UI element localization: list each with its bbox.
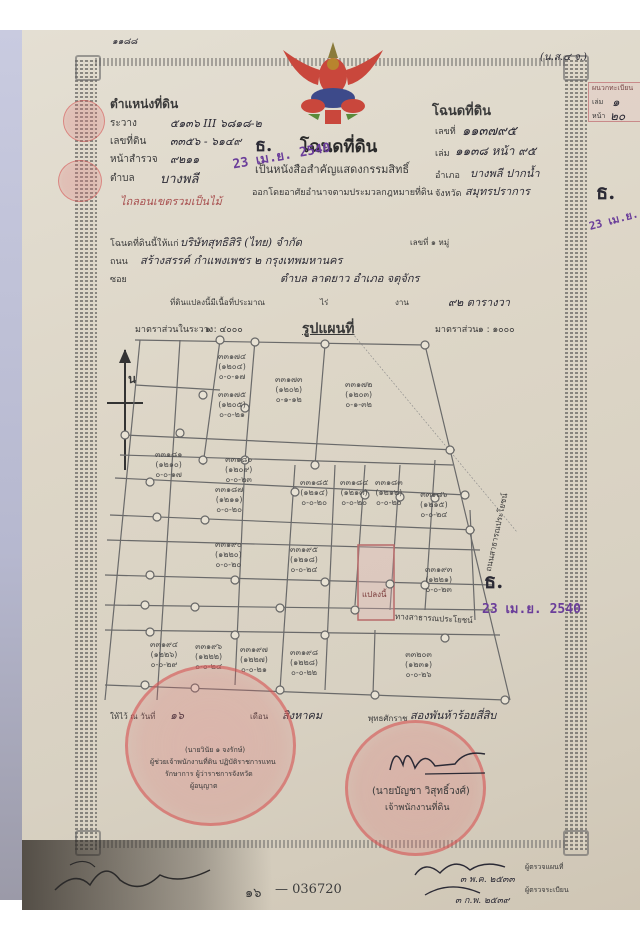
map-checker-label: ผู้ตรวจแผนที่: [525, 862, 563, 873]
deed-no-value: ๑๑๓๗๙๕: [462, 120, 517, 141]
margin-page-label: หน้า: [592, 111, 605, 122]
registrar-signature: [385, 740, 495, 780]
deed-subtitle-2: ออกโดยอาศัยอำนาจตามประมวลกฎหมายที่ดิน: [252, 185, 433, 199]
road-value: สร้างสรรค์ กำแพงเพชร ๒ กรุงเทพมหานคร: [140, 251, 342, 269]
ngan-label: งาน: [395, 296, 409, 309]
parcel-label: ๓๓๑๗๔(๑๒๐๔)๐-๐-๑๗: [218, 352, 246, 382]
corner-ornament-tl: [75, 55, 101, 81]
serial-number: — 036720: [275, 882, 342, 897]
top-left-note: ๑๑๘๘: [112, 34, 137, 48]
parcel-label: ๓๓๑๘๗(๑๒๑๑)๐-๐-๒๐: [215, 485, 243, 515]
district-label: อำเภอ: [435, 168, 460, 182]
seal-left-line-3: รักษาการ ผู้ว่าราชการจังหวัด: [165, 769, 253, 780]
parcel-label: ๓๓๑๙๕(๑๒๑๘)๐-๐-๒๔: [290, 545, 318, 575]
margin-initial: ธ.: [596, 176, 615, 208]
margin-page-value: ๒๐: [610, 107, 625, 126]
corner-ornament-br: [563, 830, 589, 856]
right-deed-heading: โฉนดที่ดิน: [432, 100, 491, 121]
owner-address-no: เลขที่ ๑ หมู่: [410, 236, 449, 249]
volume-value: ๑๑๓๘ หน้า ๙๕: [455, 142, 536, 161]
survey-page-value: ๙๒๑๑: [170, 150, 199, 168]
date-stamp-right-mid: 23 เม.ย. 2540: [482, 598, 581, 619]
land-no-value: ๓๓๕๖ - ๖๑๔๙: [170, 132, 241, 150]
signatory-name: (นายบัญชา วิสุทธิ์วงศ์): [372, 784, 470, 799]
province-value: สมุทรปราการ: [465, 182, 530, 200]
highlighted-parcel-label: แปลงนี้: [362, 590, 387, 600]
parcel-label: ๓๓๑๘๓(๑๒๑๒)๐-๐-๒๐: [375, 478, 403, 508]
parcel-label: ๓๓๑๘๕(๑๒๑๔)๐-๐-๒๐: [300, 478, 328, 508]
parcel-label: ๓๓๑๙๔(๑๒๒๖)๐-๐-๒๙: [150, 640, 178, 670]
signatory-title: เจ้าพนักงานที่ดิน: [385, 800, 449, 814]
parcel-label: ๓๓๑๗๒(๑๒๐๓)๐-๑-๓๒: [345, 380, 372, 410]
volume-label: เล่ม: [435, 146, 450, 160]
sheet-label: ระวาง: [110, 116, 137, 131]
garuda-emblem-icon: [278, 40, 388, 130]
parcel-label: ๓๓๒๐๓(๑๒๓๑)๐-๐-๒๖: [405, 650, 432, 680]
parcel-label: ๓๓๑๘๐(๑๒๐๙)๐-๐-๒๓: [225, 455, 252, 485]
top-right-form-code: (น.ส.๔ จ.): [540, 50, 587, 65]
area-wa-value: ๙๒ ตารางวา: [448, 293, 510, 311]
land-no-label: เลขที่ดิน: [110, 134, 146, 149]
road-label: ถนน: [110, 254, 128, 268]
margin-volume-label: เล่ม: [592, 97, 603, 108]
deed-no-label: เลขที่: [435, 124, 456, 138]
red-note-seal-2: [58, 160, 102, 202]
survey-page-label: หน้าสำรวจ: [110, 152, 158, 167]
red-handwritten-note: ไถลอนเขตรวมเป็นไม้: [120, 192, 222, 210]
soi-value: ตำบล ลาดยาว อำเภอ จตุจักร: [280, 269, 419, 287]
subdistrict-label: ตำบล: [110, 171, 135, 186]
parcel-label: ๓๓๑๙๘(๑๒๒๘)๐-๐-๒๒: [290, 648, 318, 678]
seal-left-line-1: (นายวินัย ๑ จงรักษ์): [185, 745, 245, 756]
owner-label: โฉนดที่ดินนี้ให้แก่: [110, 236, 179, 250]
rai-label: ไร่: [320, 296, 328, 309]
subdistrict-value: บางพลี: [160, 168, 198, 189]
parcel-label: ๓๓๑๗๓(๑๒๐๒)๐-๑-๑๒: [275, 375, 303, 405]
registry-checker-label: ผู้ตรวจระเบียน: [525, 885, 569, 896]
soi-label: ซอย: [110, 272, 127, 286]
plan-initial: ธ.: [484, 565, 503, 597]
district-value: บางพลี ปากน้ำ: [470, 164, 540, 182]
area-label: ที่ดินแปลงนี้มีเนื้อที่ประมาณ: [170, 296, 265, 309]
map-check-date: ๓ พ.ค. ๒๕๓๓: [460, 872, 515, 886]
parcel-label: ๓๓๑๘๔(๑๒๑๓)๐-๐-๒๐: [340, 478, 368, 508]
seal-left-line-2: ผู้ช่วยเจ้าพนักงานที่ดิน ปฏิบัติราชการแท…: [150, 757, 276, 768]
province-label: จังหวัด: [435, 186, 462, 200]
parcel-label: ๓๓๑๘๑(๑๒๑๐)๐-๐-๑๗: [155, 450, 182, 480]
red-note-seal-1: [63, 100, 105, 142]
parcel-label: ๓๓๑๙๗(๑๒๒๗)๐-๐-๒๑: [240, 645, 268, 675]
serial-prefix: ๑๖: [245, 882, 262, 903]
sheet-value: ๕๑๓๖ III ๖๘๑๘-๒: [170, 114, 262, 132]
location-heading: ตำแหน่งที่ดิน: [110, 95, 178, 114]
ornament-border-right: [565, 60, 587, 850]
handwritten-signature-bottom: [50, 855, 220, 905]
parcel-label: ๓๓๑๙๐(๑๒๒๐)๐-๐-๒๐: [215, 540, 242, 570]
parcel-label: ๓๓๑๗๕(๑๒๐๕)๐-๐-๒๑: [218, 390, 246, 420]
owner-value: บริษัทสุทธิสิริ (ไทย) จำกัด: [180, 233, 302, 251]
registry-check-date: ๓ ก.พ. ๒๕๓๙: [455, 893, 509, 907]
seal-left-line-4: ผู้อนุญาต: [190, 781, 218, 792]
parcel-label: ๓๓๑๙๓(๑๒๒๑)๐-๐-๒๓: [425, 565, 452, 595]
parcel-label: ๓๓๑๘๖(๑๒๑๕)๐-๐-๒๔: [420, 490, 448, 520]
